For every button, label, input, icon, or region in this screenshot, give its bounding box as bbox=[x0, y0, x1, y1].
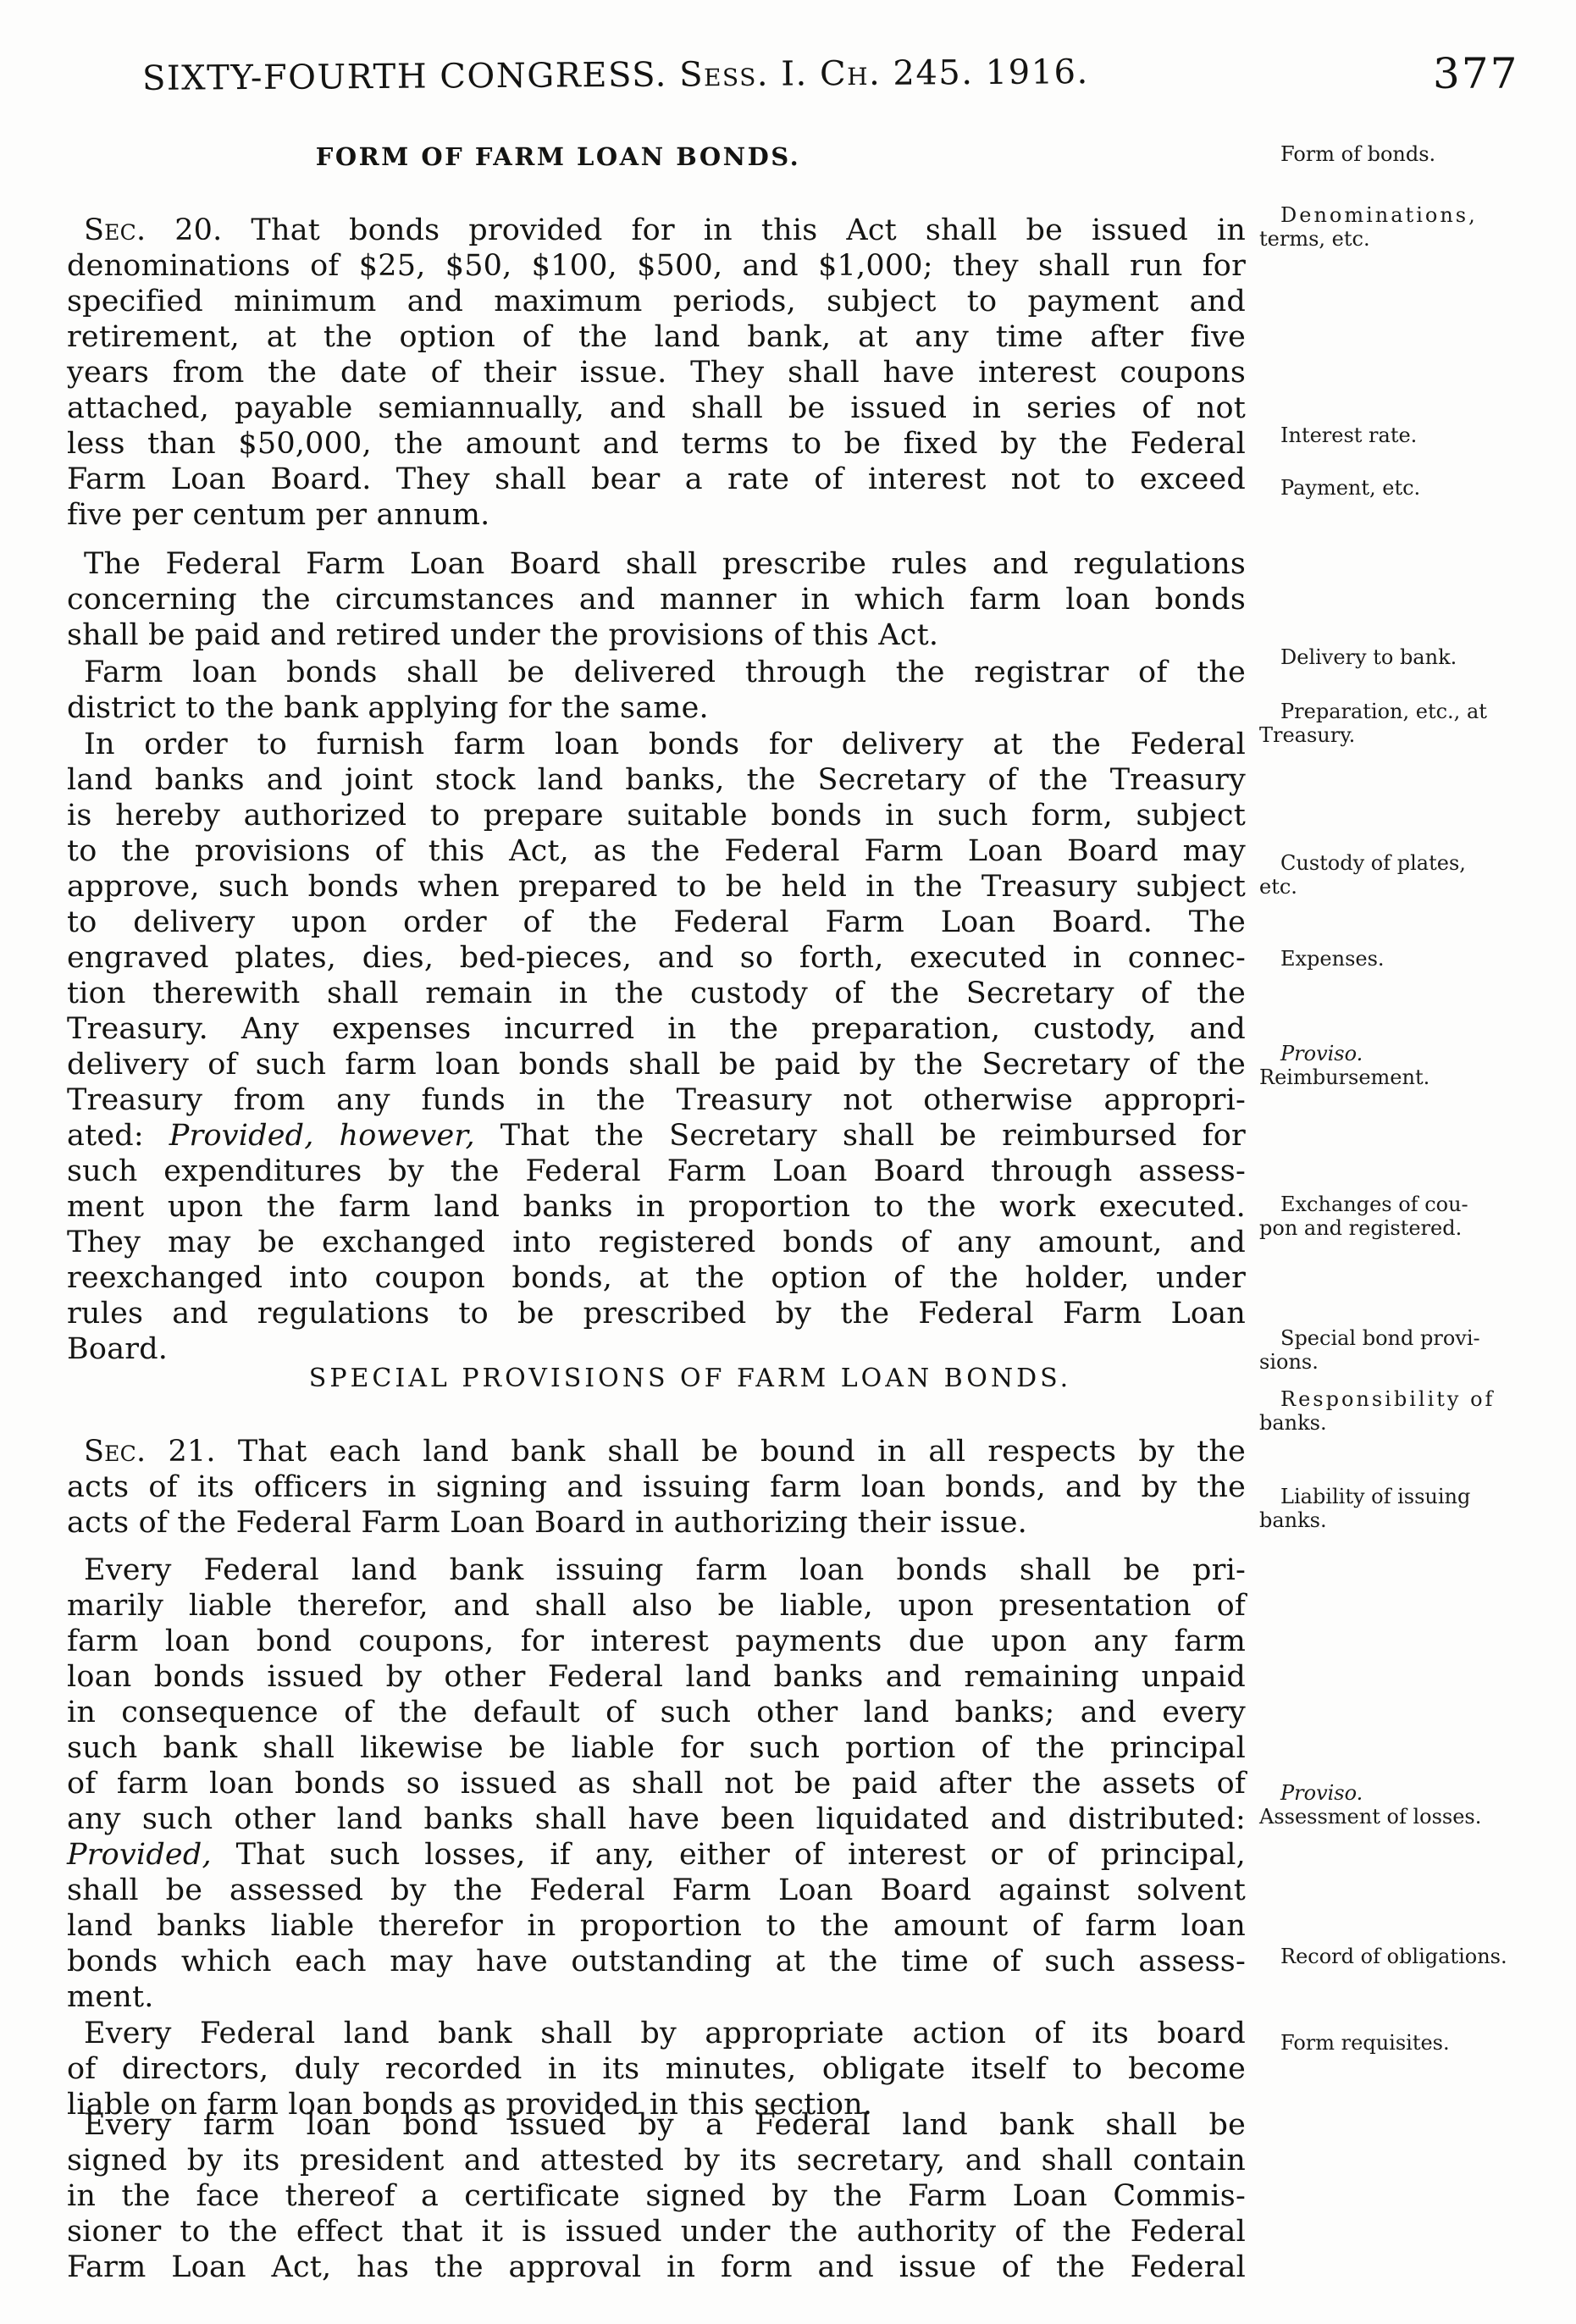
margin-note-line: Payment, etc. bbox=[1259, 476, 1566, 500]
margin-note-line: Proviso. bbox=[1259, 1781, 1566, 1805]
margin-note-line: Interest rate. bbox=[1259, 423, 1566, 447]
margin-note: Preparation, etc., atTreasury. bbox=[1259, 700, 1566, 747]
margin-note: Proviso.Reimbursement. bbox=[1259, 1042, 1566, 1089]
margin-note-line: Expenses. bbox=[1259, 947, 1566, 971]
margin-note-line: Proviso. bbox=[1259, 1042, 1566, 1065]
margin-note-line: etc. bbox=[1259, 875, 1566, 899]
margin-note-line: Denominations, bbox=[1259, 203, 1566, 227]
margin-note-line: Responsibility of bbox=[1259, 1387, 1566, 1411]
margin-note: Interest rate. bbox=[1259, 423, 1566, 447]
margin-note-line: banks. bbox=[1259, 1508, 1566, 1532]
margin-note: Custody of plates,etc. bbox=[1259, 851, 1566, 899]
margin-note-line: Assessment of losses. bbox=[1259, 1805, 1566, 1829]
margin-column: Form of bonds.Denominations,terms, etc.I… bbox=[0, 0, 1576, 2324]
margin-note-line: Record of obligations. bbox=[1259, 1945, 1566, 1968]
margin-note-line: Preparation, etc., at bbox=[1259, 700, 1566, 723]
margin-note: Responsibility ofbanks. bbox=[1259, 1387, 1566, 1435]
margin-note-line: terms, etc. bbox=[1259, 227, 1566, 251]
margin-note: Payment, etc. bbox=[1259, 476, 1566, 500]
margin-note: Proviso.Assessment of losses. bbox=[1259, 1781, 1566, 1829]
margin-note-line: Custody of plates, bbox=[1259, 851, 1566, 875]
margin-note: Liability of issuingbanks. bbox=[1259, 1485, 1566, 1532]
margin-note-line: Delivery to bank. bbox=[1259, 645, 1566, 669]
margin-note: Special bond provi-sions. bbox=[1259, 1326, 1566, 1374]
margin-note-line: Liability of issuing bbox=[1259, 1485, 1566, 1508]
margin-note-line: Special bond provi- bbox=[1259, 1326, 1566, 1350]
margin-note: Exchanges of cou-pon and registered. bbox=[1259, 1192, 1566, 1240]
margin-note-line: Exchanges of cou- bbox=[1259, 1192, 1566, 1216]
margin-note-line: Treasury. bbox=[1259, 723, 1566, 747]
margin-note: Form requisites. bbox=[1259, 2031, 1566, 2055]
margin-note-line: Reimbursement. bbox=[1259, 1065, 1566, 1089]
margin-note-line: banks. bbox=[1259, 1411, 1566, 1435]
margin-note-line: sions. bbox=[1259, 1350, 1566, 1374]
margin-note-line: Form of bonds. bbox=[1259, 142, 1566, 166]
margin-note-line: pon and registered. bbox=[1259, 1216, 1566, 1240]
margin-note: Delivery to bank. bbox=[1259, 645, 1566, 669]
margin-note: Form of bonds. bbox=[1259, 142, 1566, 166]
margin-note: Expenses. bbox=[1259, 947, 1566, 971]
statute-page: SIXTY-FOURTH CONGRESS. Sess. I. Ch. 245.… bbox=[0, 0, 1576, 2324]
margin-note: Record of obligations. bbox=[1259, 1945, 1566, 1968]
margin-note: Denominations,terms, etc. bbox=[1259, 203, 1566, 251]
margin-note-line: Form requisites. bbox=[1259, 2031, 1566, 2055]
